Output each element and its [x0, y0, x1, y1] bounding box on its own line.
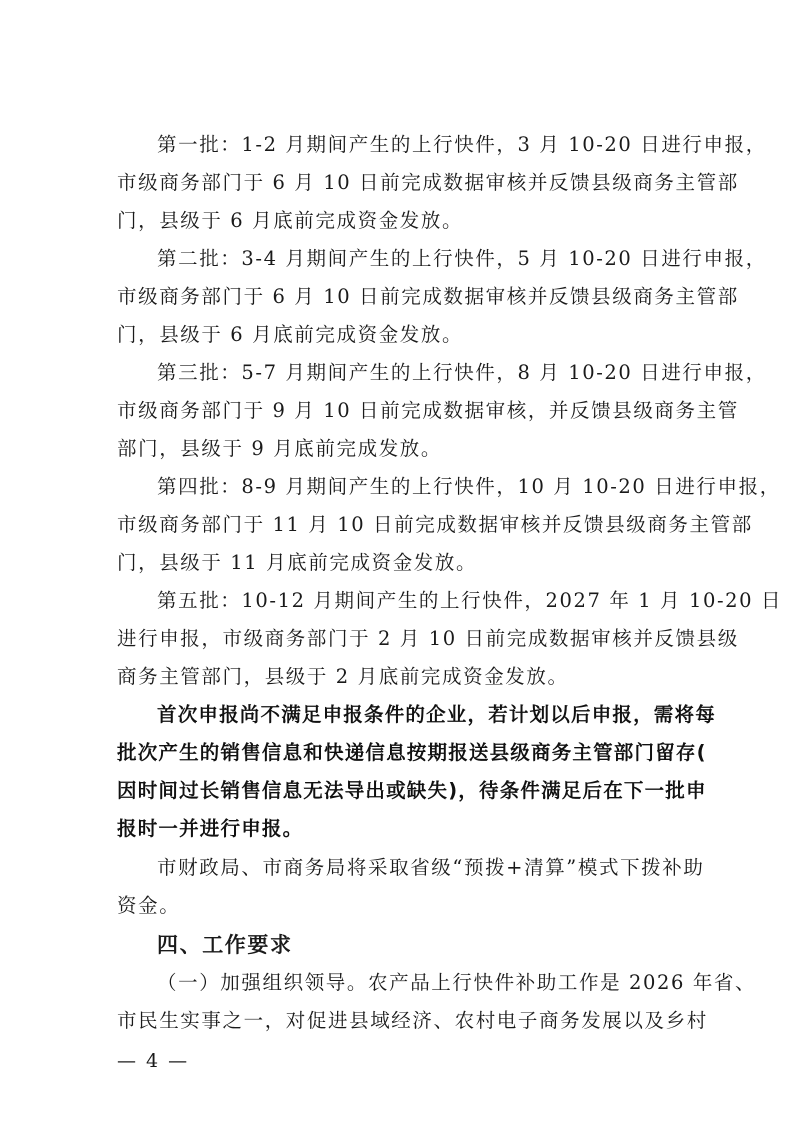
text-line: 第一批：1-2 月期间产生的上行快件，3 月 10-20 日进行申报， — [157, 133, 717, 157]
text-line: 市民生实事之一，对促进县域经济、农村电子商务发展以及乡村 — [117, 1009, 717, 1033]
text-line: 市级商务部门于 9 月 10 日前完成数据审核，并反馈县级商务主管 — [117, 399, 717, 423]
text-line: 市财政局、市商务局将采取省级“预拨+清算”模式下拨补助 — [157, 856, 717, 880]
text-line: 首次申报尚不满足申报条件的企业，若计划以后申报，需将每 — [157, 703, 717, 727]
text-line: 第二批：3-4 月期间产生的上行快件，5 月 10-20 日进行申报， — [157, 247, 717, 271]
text-line: 批次产生的销售信息和快递信息按期报送县级商务主管部门留存( — [117, 741, 717, 765]
text-line: 部门，县级于 9 月底前完成发放。 — [117, 437, 717, 461]
text-line: 门，县级于 11 月底前完成资金发放。 — [117, 551, 717, 575]
text-line: 市级商务部门于 11 月 10 日前完成数据审核并反馈县级商务主管部 — [117, 513, 717, 537]
text-line: 因时间过长销售信息无法导出或缺失)，待条件满足后在下一批申 — [117, 779, 717, 803]
text-line: 门，县级于 6 月底前完成资金发放。 — [117, 323, 717, 347]
text-line: （一）加强组织领导。农产品上行快件补助工作是 2026 年省、 — [157, 971, 717, 995]
text-line: 第四批：8-9 月期间产生的上行快件，10 月 10-20 日进行申报， — [157, 475, 717, 499]
text-line: 第五批：10-12 月期间产生的上行快件，2027 年 1 月 10-20 日 — [157, 589, 717, 613]
page-number: — 4 — — [117, 1050, 189, 1072]
text-line: 资金。 — [117, 894, 717, 918]
text-line: 报时一并进行申报。 — [117, 817, 717, 841]
text-line: 门，县级于 6 月底前完成资金发放。 — [117, 209, 717, 233]
section-heading: 四、工作要求 — [157, 933, 717, 957]
text-line: 进行申报，市级商务部门于 2 月 10 日前完成数据审核并反馈县级 — [117, 627, 717, 651]
text-line: 第三批：5-7 月期间产生的上行快件，8 月 10-20 日进行申报， — [157, 361, 717, 385]
text-line: 市级商务部门于 6 月 10 日前完成数据审核并反馈县级商务主管部 — [117, 171, 717, 195]
text-line: 商务主管部门，县级于 2 月底前完成资金发放。 — [117, 665, 717, 689]
text-line: 市级商务部门于 6 月 10 日前完成数据审核并反馈县级商务主管部 — [117, 285, 717, 309]
